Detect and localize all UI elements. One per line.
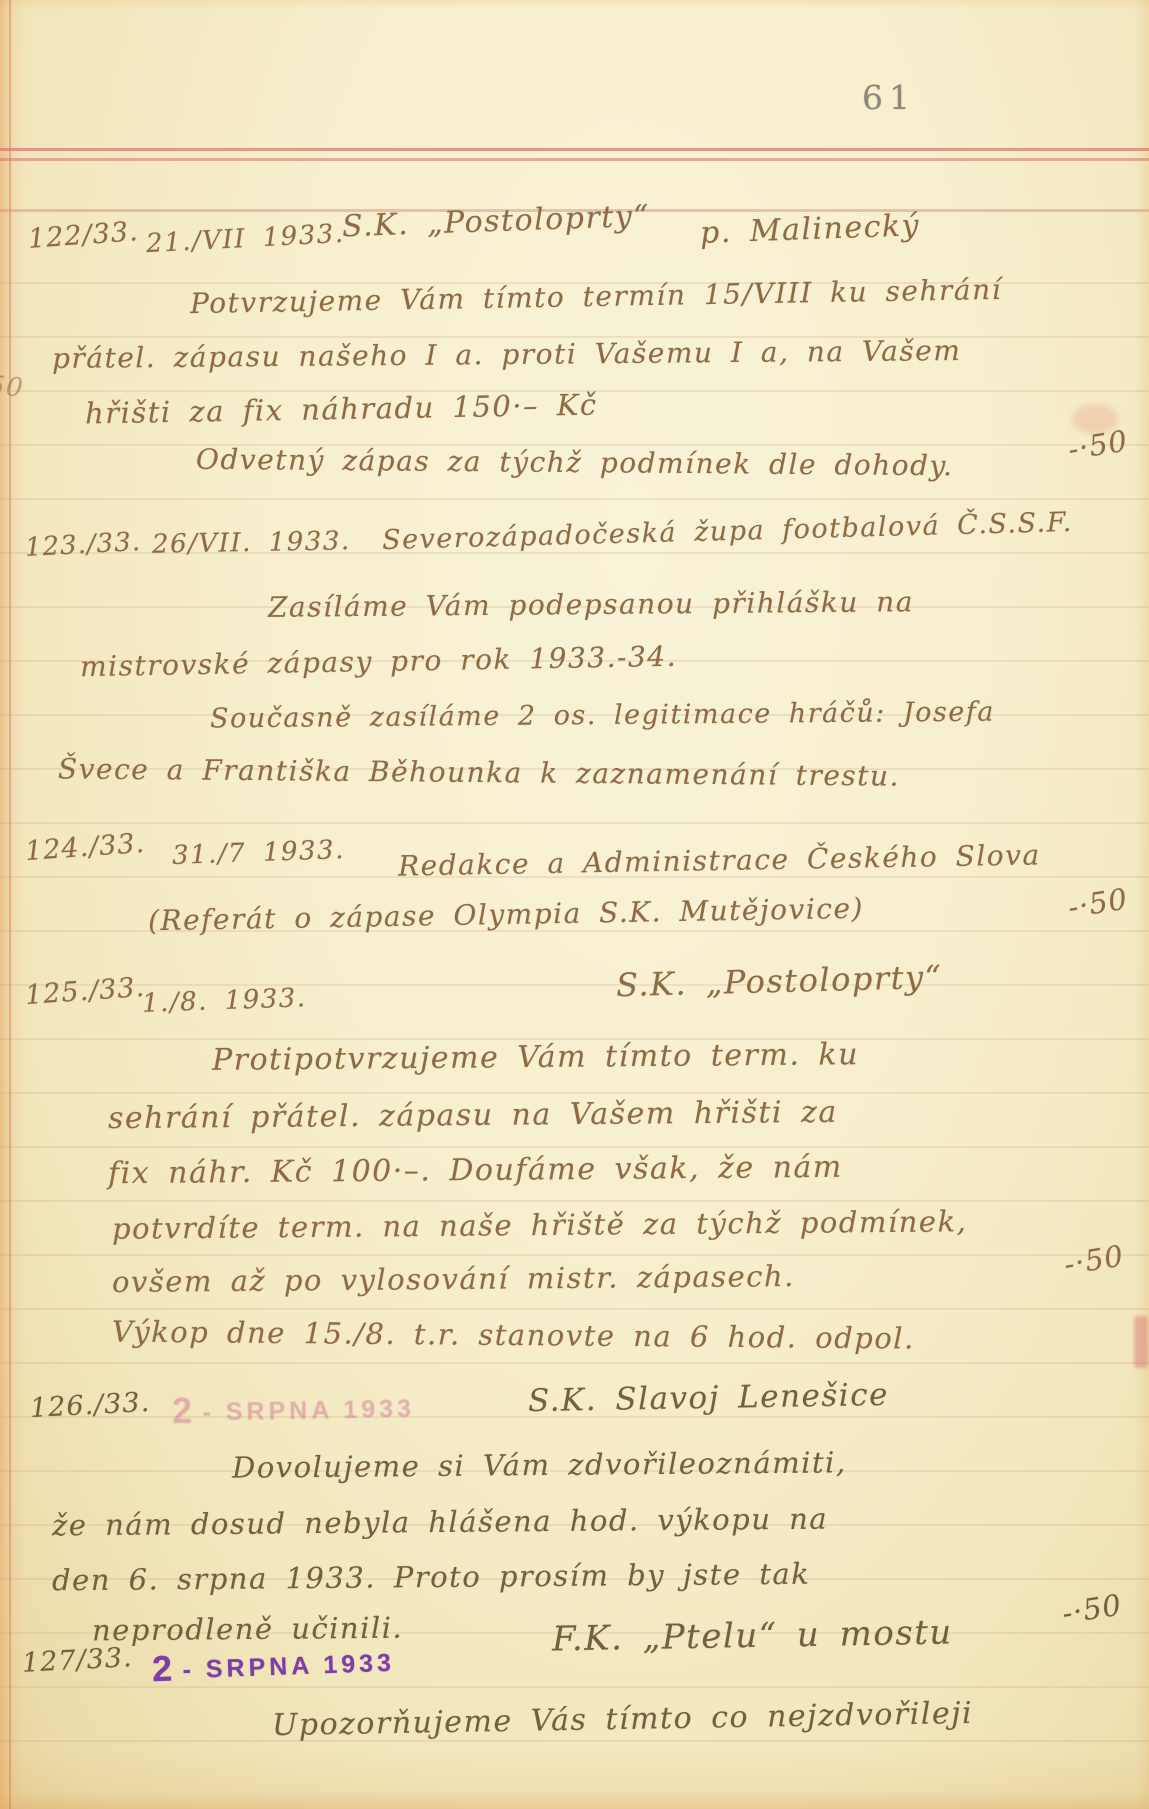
date-stamp-purple: 2 - SRPNA 1933 bbox=[151, 1640, 395, 1690]
handwritten-line: ovšem až po vylosování mistr. zápasech. bbox=[112, 1259, 795, 1299]
entry-number: 126./33. bbox=[29, 1387, 151, 1424]
top-red-rule-1 bbox=[0, 148, 1149, 151]
handwritten-line: Dovolujeme si Vám zdvořileoznámiti, bbox=[232, 1445, 847, 1484]
handwritten-line: že nám dosud nebyla hlášena hod. výkopu … bbox=[52, 1502, 828, 1543]
entry-date: 1./8. 1933. bbox=[142, 983, 308, 1019]
handwritten-line: Protipotvrzujeme Vám tímto term. ku bbox=[212, 1037, 859, 1078]
stamp-day: 2 bbox=[151, 1647, 175, 1689]
handwritten-line: Odvetný zápas za týchž podmínek dle doho… bbox=[196, 443, 954, 483]
entry-recipient: S.K. Slavoj Lenešice bbox=[528, 1377, 889, 1419]
page-number: 61 bbox=[862, 78, 916, 117]
stamp-day: 2 bbox=[172, 1390, 196, 1431]
handwritten-line: fix náhr. Kč 100·–. Doufáme však, že nám bbox=[108, 1150, 843, 1191]
margin-note-fragment: 50 bbox=[0, 370, 26, 404]
handwritten-line: Zasíláme Vám podepsanou přihlášku na bbox=[268, 585, 914, 624]
stamp-month-year: - SRPNA 1933 bbox=[202, 1395, 415, 1427]
entry-recipient: F.K. „Ptelu“ u mostu bbox=[552, 1613, 953, 1660]
handwritten-line: sehrání přátel. zápasu na Vašem hřišti z… bbox=[108, 1095, 838, 1136]
entry-date: 26/VII. 1933. bbox=[152, 526, 351, 559]
top-red-rule-2 bbox=[0, 158, 1149, 161]
entry-number: 127/33. bbox=[21, 1642, 133, 1679]
entry-date: 31./7 1933. bbox=[172, 835, 346, 871]
entry-number: 123./33. bbox=[24, 527, 141, 563]
ledger-page: 61 50 122/33. 21./VII 1933. S.K. „Postol… bbox=[0, 0, 1149, 1809]
handwritten-line: Výkop dne 15./8. t.r. stanovte na 6 hod.… bbox=[112, 1314, 915, 1355]
red-edge-smudge bbox=[1134, 1316, 1148, 1368]
handwritten-line: den 6. srpna 1933. Proto prosím by jste … bbox=[52, 1557, 811, 1598]
stamp-month-year: - SRPNA 1933 bbox=[182, 1649, 395, 1684]
date-stamp-faded: 2 - SRPNA 1933 bbox=[172, 1386, 416, 1432]
